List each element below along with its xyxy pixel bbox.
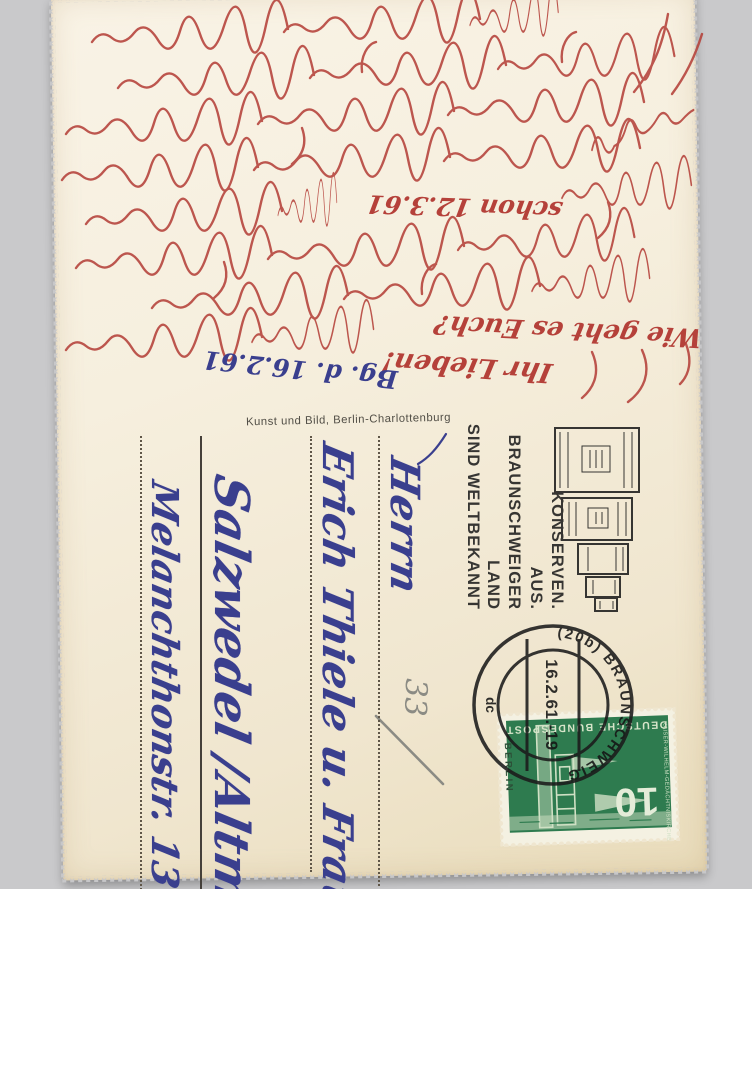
slogan-line-5: SIND WELTBEKANNT <box>463 420 482 610</box>
deckle-edge-left <box>49 0 67 881</box>
address-line-4: Melanchthonstr. 13 <box>140 436 201 889</box>
scan-margin-white <box>0 889 752 1072</box>
address-block: Herrn Erich Thiele u. Frau Salzwedel /Al… <box>109 436 413 870</box>
postmark-letter-code: dc <box>483 697 498 713</box>
address-line-2: Erich Thiele u. Frau <box>310 436 371 872</box>
scanner-backdrop: schon 12.3.61 Wie geht es Euch? Ihr Lieb… <box>0 0 752 889</box>
postcard-scan: schon 12.3.61 Wie geht es Euch? Ihr Lieb… <box>0 0 752 1072</box>
postmark-date: 16.2.61.-19 <box>542 659 561 751</box>
postmark: (20b) BRAUNSCHWEIG 16.2.61.-19 dc <box>468 620 638 790</box>
address-line-1: Herrn <box>378 436 439 886</box>
deckle-edge-top <box>50 0 696 3</box>
postmark-ring-text: (20b) BRAUNSCHWEIG <box>557 625 633 784</box>
address-line-1-text: Herrn <box>381 453 428 597</box>
slogan-cancel: KONSERVEN. AUS. BRAUNSCHWEIGER LAND SIND… <box>460 418 640 614</box>
address-line-2-text: Erich Thiele u. Frau <box>313 439 362 889</box>
slogan-line-3: BRAUNSCHWEIGER <box>504 420 523 610</box>
svg-text:(20b) BRAUNSCHWEIG: (20b) BRAUNSCHWEIG <box>557 625 633 784</box>
address-line-3: Salzwedel /Altm. <box>200 436 261 889</box>
address-line-4-text: Melanchthonstr. 13 <box>143 477 187 889</box>
slogan-line-2: AUS. <box>526 420 545 610</box>
postal-code-note: 33 <box>397 678 433 717</box>
slogan-line-4: LAND <box>483 420 502 610</box>
deckle-edge-right <box>691 0 709 873</box>
address-line-3-text: Salzwedel /Altm. <box>203 470 259 889</box>
slogan-line-1: KONSERVEN. <box>547 420 566 610</box>
